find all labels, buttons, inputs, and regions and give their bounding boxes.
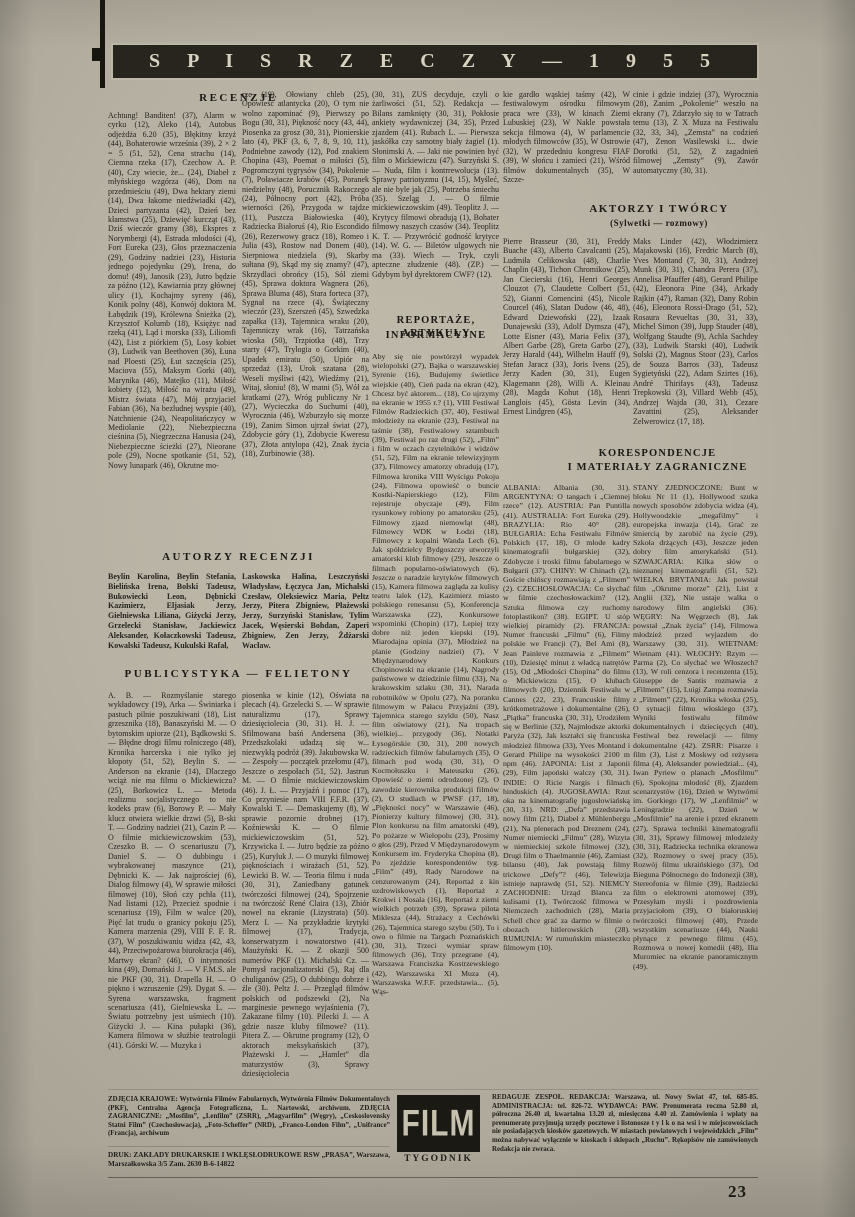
footer-credits-divider bbox=[108, 1146, 390, 1147]
korespondencje-heading-line1: KORESPONDENCJE bbox=[545, 448, 770, 461]
reportaze-heading-line2: INFORMACYJNE bbox=[363, 330, 509, 343]
korespondencje-column-5: STANY ZJEDNOCZONE: Bunt w bloku Nr 11 (1… bbox=[633, 483, 758, 1081]
page-number: 23 bbox=[728, 1182, 747, 1202]
aktorzy-heading: AKTORZY I TWÓRCY bbox=[560, 203, 758, 215]
footer-print-info: DRUK: ZAKŁADY DRUKARSKIE I WKLĘSŁODRUKOW… bbox=[108, 1151, 390, 1171]
film-logo-subtitle: TYGODNIK bbox=[397, 1154, 480, 1164]
publicystyka-column-3: (30, 31), ZUS decyduje, czyli o żarliwoś… bbox=[372, 90, 499, 306]
aktorzy-column-4: Pierre Brasseur (30, 31), Freddy Buache … bbox=[503, 237, 630, 441]
recenzje-column-1: Achtung! Banditen! (37), Alarm w cyrku (… bbox=[108, 111, 236, 544]
title-banner: S P I S R Z E C Z Y — 1 9 5 5 bbox=[113, 45, 757, 78]
publicystyka-heading: PUBLICYSTYKA — FELIETONY bbox=[108, 668, 369, 680]
korespondencje-column-4: ALBANIA: Albania (30, 31). ARGENTYNA: O … bbox=[503, 483, 630, 1081]
recenzje-column-2: rze (19), Ołowiany chleb (25), Opowieść … bbox=[242, 90, 369, 544]
reportaze-column-4: kie gardło wąskiej taśmy (42), W festiwa… bbox=[503, 90, 630, 198]
publicystyka-column-2: piosenka w kinie (12), Oświata na plecac… bbox=[242, 691, 369, 1081]
reportaze-column-5: cinie i gdzie indziej (37), Wyrocznia (2… bbox=[633, 90, 758, 198]
autorzy-recenzji-heading: AUTORZY RECENZJI bbox=[108, 551, 369, 563]
autorzy-column-1: Beylin Karolina, Beylin Stefania, Bieliń… bbox=[108, 572, 236, 664]
footer-photo-credits: ZDJĘCIA KRAJOWE: Wytwórnia Filmów Fabula… bbox=[108, 1096, 390, 1142]
reportaze-column-3: Aby się nie powtórzył wypadek wielopolsk… bbox=[372, 352, 499, 1080]
film-logo: FILM bbox=[402, 1102, 476, 1145]
scan-dot-mark bbox=[92, 48, 100, 61]
footer-top-rule bbox=[108, 1089, 758, 1090]
magazine-page: S P I S R Z E C Z Y — 1 9 5 5 RECENZJE A… bbox=[0, 0, 855, 1217]
publicystyka-column-1: A. B. — Rozmyślanie starego wykładowcy (… bbox=[108, 691, 236, 1081]
footer-bottom-rule bbox=[108, 1177, 758, 1178]
scan-edge-mark bbox=[100, 0, 105, 88]
korespondencje-heading-line2: I MATERIAŁY ZAGRANICZNE bbox=[545, 462, 770, 475]
page-title: S P I S R Z E C Z Y — 1 9 5 5 bbox=[149, 50, 721, 73]
aktorzy-subheading: (Sylwetki — rozmowy) bbox=[560, 217, 758, 229]
autorzy-column-2: Laskowska Halina, Leszczyński Władysław,… bbox=[242, 572, 369, 664]
aktorzy-column-5: Maks Linder (42), Włodzimierz Majakowski… bbox=[633, 237, 758, 441]
footer-editorial-info: REDAGUJE ZESPÓŁ. REDAKCJA: Warszawa, ul.… bbox=[492, 1094, 758, 1174]
film-logo-box: FILM bbox=[397, 1095, 480, 1152]
